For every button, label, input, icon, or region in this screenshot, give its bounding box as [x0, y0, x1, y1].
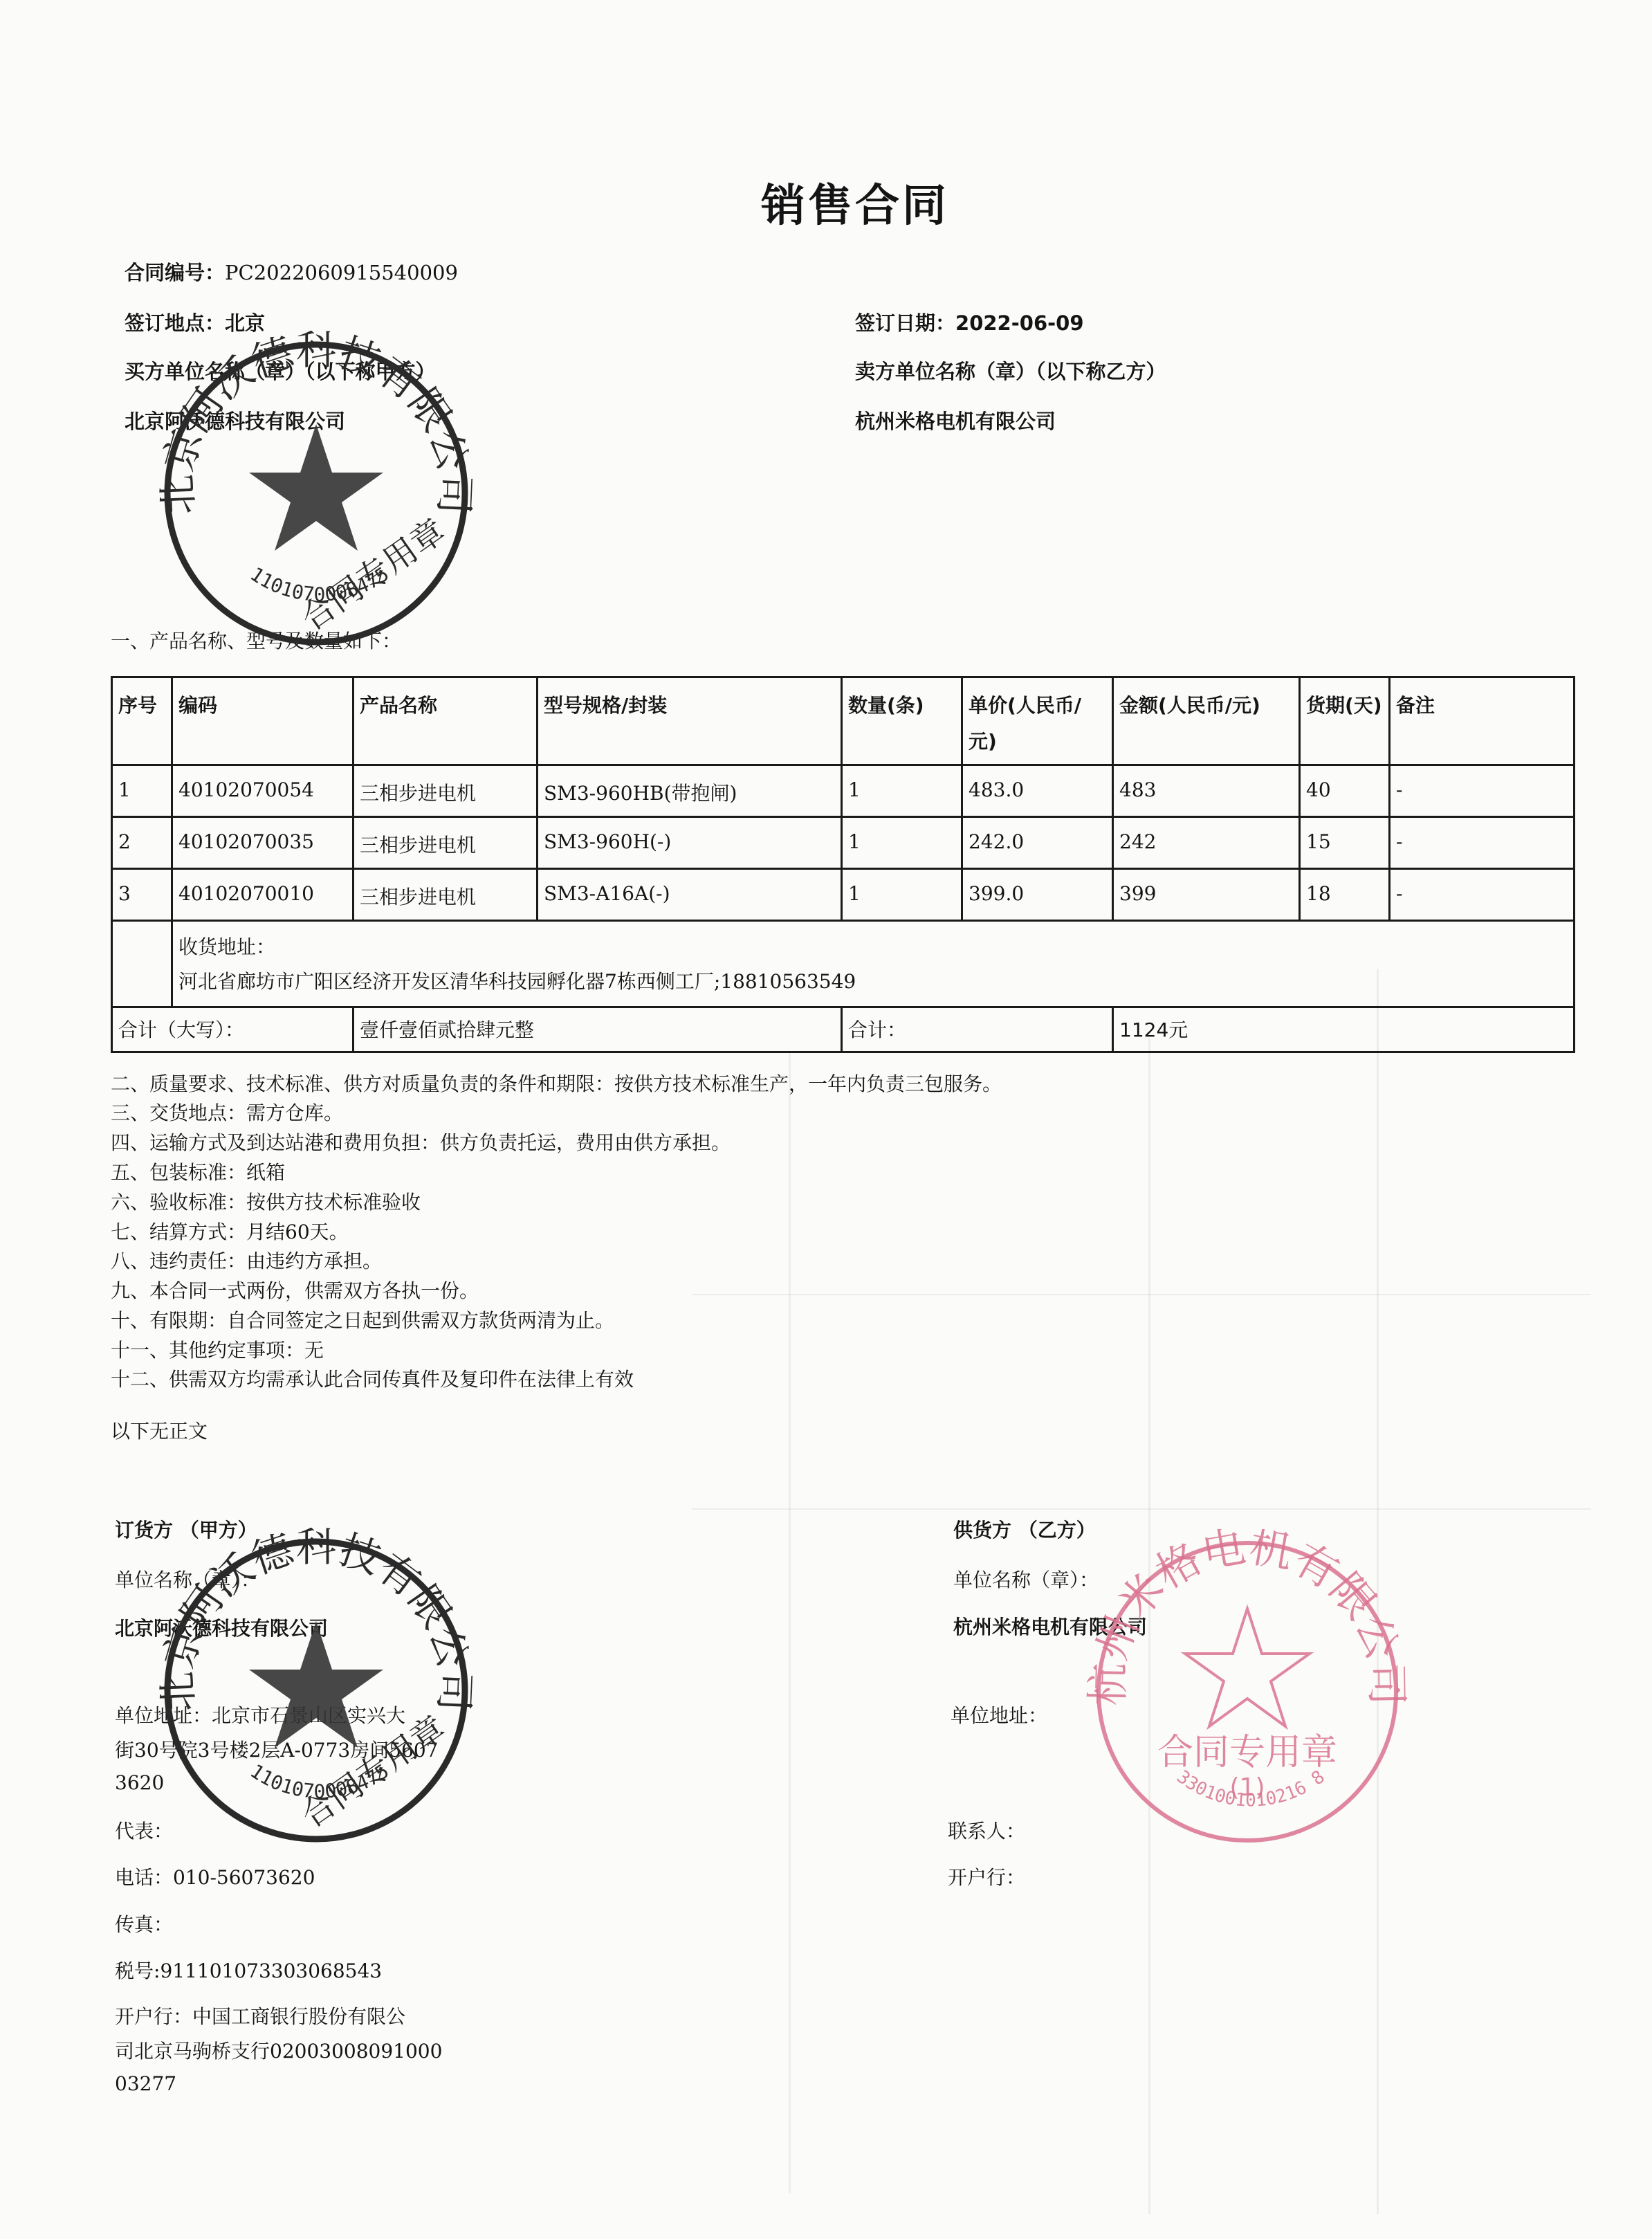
- col-header-lead-days: 货期(天): [1300, 677, 1390, 765]
- cell-qty: 1: [842, 765, 962, 817]
- cell-qty: 1: [842, 817, 962, 869]
- cell-amount: 483: [1113, 765, 1300, 817]
- cell-lead-days: 15: [1300, 817, 1390, 869]
- total-value: 1124元: [1113, 1007, 1575, 1052]
- delivery-address-spacer: [112, 921, 172, 1007]
- clause-11: 十一、其他约定事项：无: [111, 1335, 324, 1363]
- sign-date-value: 2022-06-09: [955, 311, 1084, 335]
- cell-model: SM3-960H(-): [538, 817, 842, 869]
- cell-lead-days: 18: [1300, 869, 1390, 921]
- buyer-phone-value: 010-56073620: [173, 1866, 315, 1889]
- col-header-code: 编码: [172, 677, 354, 765]
- contract-number-value: PC2022060915540009: [225, 261, 458, 284]
- seller-label: 卖方单位名称（章）（以下称乙方）: [855, 356, 1166, 385]
- page-title: 销售合同: [761, 170, 949, 234]
- cell-no: 2: [112, 817, 172, 869]
- cell-name: 三相步进电机: [354, 765, 538, 817]
- cell-remark: -: [1390, 817, 1575, 869]
- cell-code: 40102070010: [172, 869, 354, 921]
- clause-2: 二、质量要求、技术标准、供方对质量负责的条件和期限：按供方技术标准生产，一年内负…: [111, 1069, 1002, 1097]
- buyer-bank-line2: 司北京马驹桥支行02003008091000: [115, 2036, 442, 2064]
- col-header-amount: 金额(人民币/元): [1113, 677, 1300, 765]
- clause-3: 三、交货地点：需方仓库。: [111, 1098, 343, 1126]
- seller-contact-label: 联系人：: [948, 1816, 1025, 1844]
- cell-amount: 399: [1113, 869, 1300, 921]
- cell-qty: 1: [842, 869, 962, 921]
- col-header-qty: 数量(条): [842, 677, 962, 765]
- table-row: 2 40102070035 三相步进电机 SM3-960H(-) 1 242.0…: [112, 817, 1575, 869]
- end-note: 以下无正文: [111, 1416, 208, 1444]
- cell-remark: -: [1390, 869, 1575, 921]
- table-header-row: 序号 编码 产品名称 型号规格/封装 数量(条) 单价(人民币/元) 金额(人民…: [112, 677, 1575, 765]
- items-table: 序号 编码 产品名称 型号规格/封装 数量(条) 单价(人民币/元) 金额(人民…: [111, 676, 1575, 1053]
- scan-artifact: [789, 1052, 791, 2193]
- cell-unit-price: 399.0: [962, 869, 1113, 921]
- cell-remark: -: [1390, 765, 1575, 817]
- seller-name: 杭州米格电机有限公司: [855, 406, 1056, 435]
- delivery-address-row: 收货地址： 河北省廊坊市广阳区经济开发区清华科技园孵化器7栋西侧工厂;18810…: [112, 921, 1575, 1007]
- clause-7: 七、结算方式：月结60天。: [111, 1217, 349, 1245]
- clause-5: 五、包装标准：纸箱: [111, 1158, 285, 1185]
- svg-text:合同专用章: 合同专用章: [1157, 1732, 1337, 1773]
- cell-unit-price: 242.0: [962, 817, 1113, 869]
- buyer-bank-line3: 03277: [115, 2072, 176, 2095]
- total-row: 合计（大写）： 壹仟壹佰贰拾肆元整 合计： 1124元: [112, 1007, 1575, 1052]
- col-header-remark: 备注: [1390, 677, 1575, 765]
- buyer-fax-label: 传真：: [115, 1910, 173, 1937]
- buyer-tax-label: 税号:: [115, 1959, 160, 1982]
- col-header-model: 型号规格/封装: [538, 677, 842, 765]
- sign-date-label: 签订日期：: [855, 311, 955, 335]
- delivery-address-cell: 收货地址： 河北省廊坊市广阳区经济开发区清华科技园孵化器7栋西侧工厂;18810…: [172, 921, 1575, 1007]
- clause-10: 十、有限期：自合同签定之日起到供需双方款货两清为止。: [111, 1306, 614, 1333]
- cell-no: 1: [112, 765, 172, 817]
- col-header-name: 产品名称: [354, 677, 538, 765]
- contract-number: 合同编号：PC2022060915540009: [125, 257, 458, 286]
- buyer-bank: 开户行：中国工商银行股份有限公: [115, 2002, 405, 2029]
- scan-artifact: [692, 1508, 1591, 1510]
- clause-12: 十二、供需双方均需承认此合同传真件及复印件在法律上有效: [111, 1364, 634, 1392]
- clause-6: 六、验收标准：按供方技术标准验收: [111, 1187, 421, 1215]
- seller-company-seal-icon: 杭州米格电机有限公司 合同专用章 (1) 3301001010216 8: [1085, 1529, 1410, 1854]
- col-header-unit-price: 单价(人民币/元): [962, 677, 1113, 765]
- cell-code: 40102070035: [172, 817, 354, 869]
- buyer-company-seal-icon: 北京阿沃德科技有限公司 合同专用章 1101070008475: [154, 331, 479, 656]
- seller-block-heading: 供货方 （乙方）: [953, 1515, 1096, 1543]
- buyer-phone: 电话：010-56073620: [115, 1863, 315, 1890]
- cell-name: 三相步进电机: [354, 817, 538, 869]
- clause-9: 九、本合同一式两份，供需双方各执一份。: [111, 1276, 479, 1304]
- buyer-tax: 税号:911101073303068543: [115, 1956, 382, 1984]
- svg-text:杭州米格电机有限公司: 杭州米格电机有限公司: [1085, 1529, 1410, 1706]
- clause-8: 八、违约责任：由违约方承担。: [111, 1246, 382, 1274]
- buyer-bank-label: 开户行：: [115, 2005, 192, 2028]
- buyer-phone-label: 电话：: [115, 1866, 173, 1889]
- cell-amount: 242: [1113, 817, 1300, 869]
- total-caps-label: 合计（大写）：: [112, 1007, 354, 1052]
- table-row: 1 40102070054 三相步进电机 SM3-960HB(带抱闸) 1 48…: [112, 765, 1575, 817]
- cell-name: 三相步进电机: [354, 869, 538, 921]
- table-row: 3 40102070010 三相步进电机 SM3-A16A(-) 1 399.0…: [112, 869, 1575, 921]
- delivery-address-value: 河北省廊坊市广阳区经济开发区清华科技园孵化器7栋西侧工厂;18810563549: [178, 965, 1568, 999]
- scan-artifact: [692, 1294, 1591, 1295]
- buyer-company-seal-icon: 北京阿沃德科技有限公司 合同专用章 1101070008475: [154, 1528, 479, 1853]
- col-header-no: 序号: [112, 677, 172, 765]
- clause-4: 四、运输方式及到达站港和费用负担：供方负责托运，费用由供方承担。: [111, 1128, 731, 1155]
- buyer-bank-line1: 中国工商银行股份有限公: [192, 2005, 405, 2028]
- contract-number-label: 合同编号：: [125, 261, 225, 284]
- seller-bank-label: 开户行：: [948, 1863, 1025, 1890]
- cell-model: SM3-960HB(带抱闸): [538, 765, 842, 817]
- total-caps-value: 壹仟壹佰贰拾肆元整: [354, 1007, 842, 1052]
- cell-no: 3: [112, 869, 172, 921]
- cell-code: 40102070054: [172, 765, 354, 817]
- delivery-address-label: 收货地址：: [178, 930, 1568, 965]
- buyer-tax-value: 911101073303068543: [160, 1959, 382, 1982]
- total-label: 合计：: [842, 1007, 1113, 1052]
- cell-unit-price: 483.0: [962, 765, 1113, 817]
- seller-address-label: 单位地址：: [951, 1701, 1047, 1728]
- seller-unit-name-label: 单位名称（章）：: [953, 1565, 1099, 1593]
- cell-lead-days: 40: [1300, 765, 1390, 817]
- sign-date: 签订日期：2022-06-09: [855, 308, 1084, 336]
- cell-model: SM3-A16A(-): [538, 869, 842, 921]
